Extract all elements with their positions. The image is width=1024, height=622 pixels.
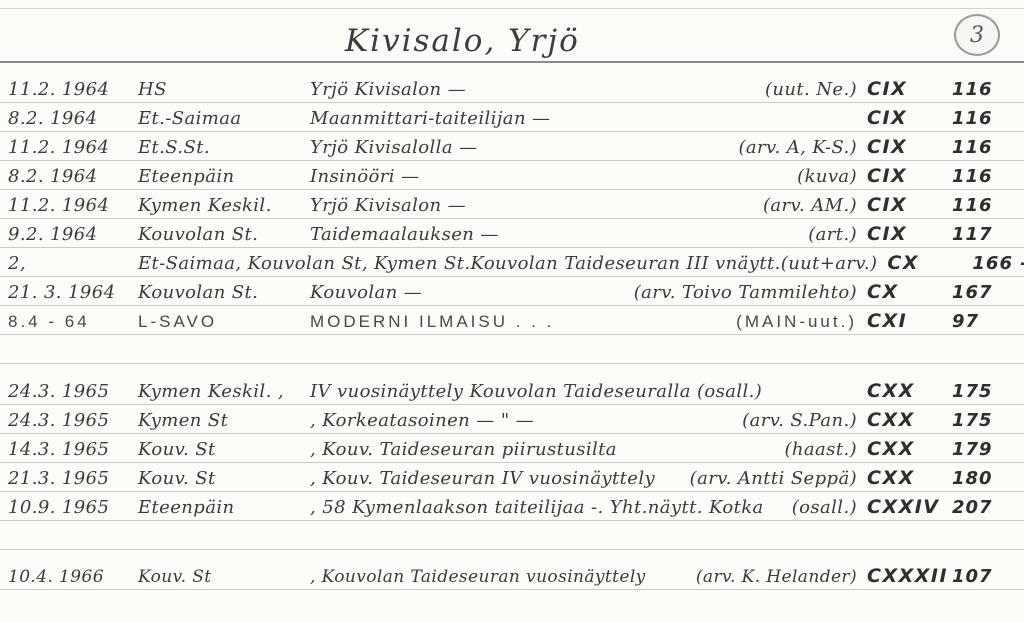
- entry-page: 207: [952, 497, 1024, 518]
- entry-source: Kouv. St: [138, 439, 310, 460]
- entry-row: 11.2. 1964 Et.S.St. Yrjö Kivisalolla — (…: [0, 132, 1024, 161]
- entry-description: Insinööri —: [310, 166, 797, 187]
- entry-row: 21.3. 1965 Kouv. St , Kouv. Taideseuran …: [0, 463, 1024, 492]
- entry-date: 11.2. 1964: [0, 137, 138, 158]
- entry-row: 24.3. 1965 Kymen St , Korkeatasoinen — "…: [0, 405, 1024, 434]
- entry-row: 10.9. 1965 Eteenpäin , 58 Kymenlaakson t…: [0, 492, 1024, 521]
- index-card: Kivisalo, Yrjö 3 11.2. 1964 HS Yrjö Kivi…: [0, 0, 1024, 622]
- entry-volume: CIX: [867, 136, 952, 158]
- entry-date: 9.2. 1964: [0, 224, 138, 245]
- entry-row: 8.2. 1964 Et.-Saimaa Maanmittari-taiteil…: [0, 103, 1024, 132]
- entry-description: , Kouvolan Taideseuran vuosinäyttely: [310, 567, 696, 587]
- entry-note: (art.): [808, 224, 857, 245]
- entry-row: 8.4 - 64 L-SAVO MODERNI ILMAISU . . . (M…: [0, 306, 1024, 335]
- entry-note: (arv. S.Pan.): [742, 410, 857, 431]
- entry-source: Eteenpäin: [138, 166, 310, 187]
- entry-note: (uut+arv.): [781, 253, 878, 274]
- entry-page: 107: [952, 566, 1024, 587]
- entry-source: L-SAVO: [138, 312, 310, 332]
- entry-date: 10.4. 1966: [0, 567, 138, 587]
- entry-volume: CIX: [867, 78, 952, 100]
- card-header: Kivisalo, Yrjö 3: [0, 0, 1024, 63]
- entry-date: 2,: [0, 253, 138, 274]
- entry-volume: CXX: [867, 438, 952, 460]
- entry-volume: CX: [887, 252, 972, 274]
- entry-date: 14.3. 1965: [0, 439, 138, 460]
- entry-row: 10.4. 1966 Kouv. St , Kouvolan Taideseur…: [0, 556, 1024, 590]
- entry-source: Kouv. St: [138, 567, 310, 587]
- entry-source: Kymen St: [138, 410, 310, 431]
- entry-description: , Korkeatasoinen — " —: [310, 410, 742, 431]
- page-number: 3: [970, 23, 984, 48]
- entry-date: 24.3. 1965: [0, 410, 138, 431]
- entry-date: 11.2. 1964: [0, 79, 138, 100]
- entry-description: Kouvolan Taideseuran III vnäytt.: [470, 253, 780, 274]
- entry-source: Kymen Keskil. ,: [138, 381, 310, 402]
- entry-page: 167: [952, 282, 1024, 303]
- entry-date: 10.9. 1965: [0, 497, 138, 518]
- entry-row: 21. 3. 1964 Kouvolan St. Kouvolan — (arv…: [0, 277, 1024, 306]
- entry-volume: CX: [867, 281, 952, 303]
- entry-source: HS: [138, 79, 310, 100]
- page-number-badge: 3: [954, 14, 1000, 56]
- entry-volume: CXXIV: [867, 496, 952, 518]
- entry-volume: CXXXII: [867, 565, 952, 587]
- entry-description: , 58 Kymenlaakson taiteilijaa -. Yht.näy…: [310, 497, 792, 518]
- entry-volume: CXX: [867, 467, 952, 489]
- entry-note: (haast.): [785, 439, 858, 460]
- entry-row: 14.3. 1965 Kouv. St , Kouv. Taideseuran …: [0, 434, 1024, 463]
- entry-page: 116: [952, 79, 1024, 100]
- entry-row: 9.2. 1964 Kouvolan St. Taidemaalauksen —…: [0, 219, 1024, 248]
- entry-page: 116: [952, 166, 1024, 187]
- entry-page: 175: [952, 410, 1024, 431]
- entry-source: Kymen Keskil.: [138, 195, 310, 216]
- entry-source: Et-Saimaa, Kouvolan St, Kymen St.: [138, 253, 470, 274]
- entry-description: Maanmittari-taiteilijan —: [310, 108, 857, 129]
- entry-note: (arv. Toivo Tammilehto): [634, 282, 857, 303]
- entry-note: (kuva): [797, 166, 857, 187]
- entry-date: 24.3. 1965: [0, 381, 138, 402]
- row-gap: [0, 364, 1024, 376]
- entry-description: IV vuosinäyttely Kouvolan Taideseuralla …: [310, 381, 857, 402]
- empty-ruled-line: [0, 521, 1024, 550]
- entry-row: 24.3. 1965 Kymen Keskil. , IV vuosinäytt…: [0, 376, 1024, 405]
- entry-volume: CIX: [867, 107, 952, 129]
- entry-page: 117: [952, 224, 1024, 245]
- entry-volume: CXI: [867, 310, 952, 332]
- entry-row: 8.2. 1964 Eteenpäin Insinööri — (kuva) C…: [0, 161, 1024, 190]
- entry-description: Yrjö Kivisalon —: [310, 195, 763, 216]
- entry-note: (arv. AM.): [763, 195, 857, 216]
- entry-date: 8.2. 1964: [0, 108, 138, 129]
- entry-page: 97: [952, 311, 1024, 332]
- entry-date: 21. 3. 1964: [0, 282, 138, 303]
- entry-row: 2, Et-Saimaa, Kouvolan St, Kymen St. Kou…: [0, 248, 1024, 277]
- empty-ruled-line: [0, 335, 1024, 364]
- entry-description: Yrjö Kivisalon —: [310, 79, 765, 100]
- entry-description: Kouvolan —: [310, 282, 634, 303]
- entry-description: Yrjö Kivisalolla —: [310, 137, 738, 158]
- entry-page: 116: [952, 195, 1024, 216]
- entry-list: 11.2. 1964 HS Yrjö Kivisalon — (uut. Ne.…: [0, 74, 1024, 590]
- entry-note: (arv. A, K-S.): [738, 137, 857, 158]
- entry-note: (arv. K. Helander): [696, 567, 857, 587]
- entry-note: (uut. Ne.): [765, 79, 857, 100]
- entry-description: Taidemaalauksen —: [310, 224, 808, 245]
- entry-source: Kouvolan St.: [138, 224, 310, 245]
- entry-page: 180: [952, 468, 1024, 489]
- entry-source: Et.S.St.: [138, 137, 310, 158]
- entry-date: 8.4 - 64: [0, 312, 138, 332]
- entry-note: (arv. Antti Seppä): [690, 468, 857, 489]
- entry-volume: CIX: [867, 223, 952, 245]
- entry-note: (MAIN-uut.): [736, 312, 857, 332]
- entry-description: MODERNI ILMAISU . . .: [310, 312, 736, 332]
- entry-date: 21.3. 1965: [0, 468, 138, 489]
- entry-source: Kouvolan St.: [138, 282, 310, 303]
- entry-row: 11.2. 1964 HS Yrjö Kivisalon — (uut. Ne.…: [0, 74, 1024, 103]
- entry-page: 179: [952, 439, 1024, 460]
- entry-row: 11.2. 1964 Kymen Keskil. Yrjö Kivisalon …: [0, 190, 1024, 219]
- entry-source: Eteenpäin: [138, 497, 310, 518]
- entry-page: 116: [952, 137, 1024, 158]
- entry-page: 166 - 167: [972, 253, 1024, 274]
- entry-volume: CXX: [867, 409, 952, 431]
- entry-volume: CXX: [867, 380, 952, 402]
- entry-source: Kouv. St: [138, 468, 310, 489]
- entry-volume: CIX: [867, 165, 952, 187]
- entry-date: 8.2. 1964: [0, 166, 138, 187]
- entry-page: 116: [952, 108, 1024, 129]
- entry-page: 175: [952, 381, 1024, 402]
- entry-volume: CIX: [867, 194, 952, 216]
- entry-source: Et.-Saimaa: [138, 108, 310, 129]
- entry-description: , Kouv. Taideseuran piirustusilta: [310, 439, 785, 460]
- entry-description: , Kouv. Taideseuran IV vuosinäyttely: [310, 468, 690, 489]
- card-title: Kivisalo, Yrjö: [345, 23, 580, 59]
- entry-note: (osall.): [792, 497, 857, 518]
- entry-date: 11.2. 1964: [0, 195, 138, 216]
